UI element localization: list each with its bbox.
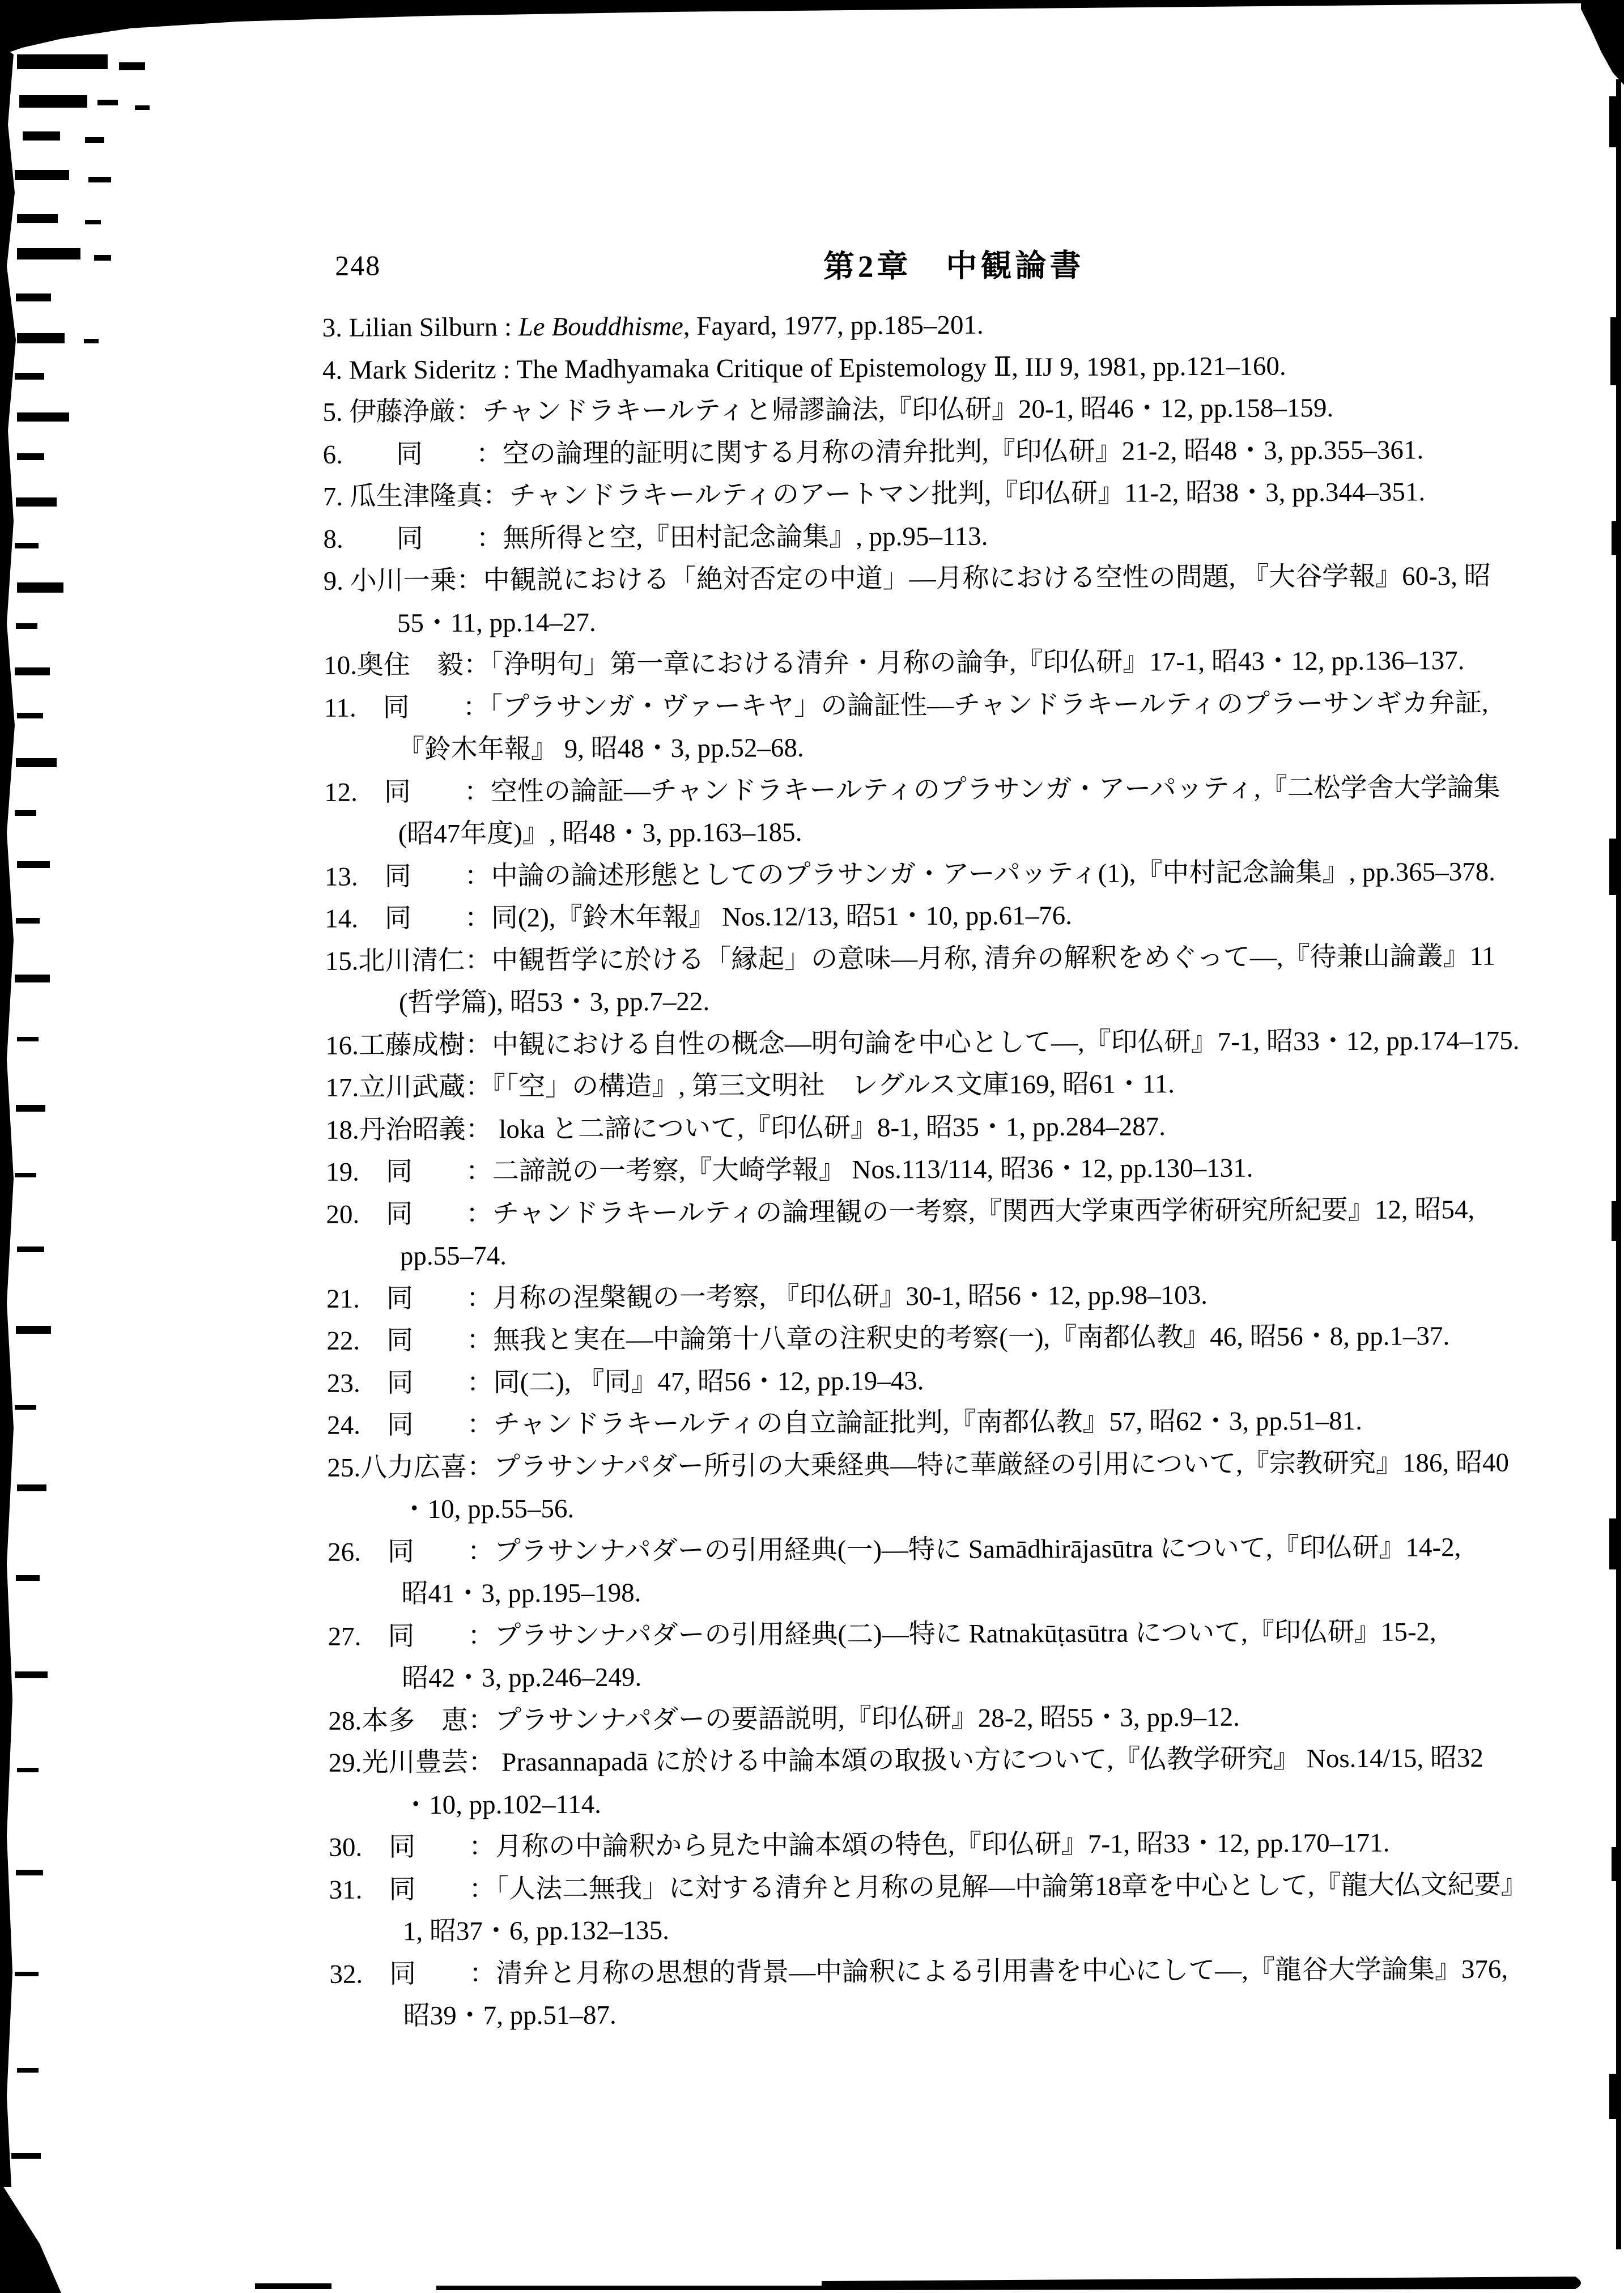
bib-entry-line: 26. 同 ：プラサンナパダーの引用経典(一)―特に Samādhirājasū…	[328, 1525, 1608, 1573]
bib-entry-line: 29.光川豊芸： Prasannapadā に於ける中論本頌の取扱い方について,…	[329, 1737, 1609, 1784]
bib-entry-line: 5. 伊藤浄厳：チャンドラキールティと帰謬論法,『印仏研』20-1, 昭46・1…	[322, 386, 1603, 433]
bib-entry-line: 12. 同 ：空性の論証―チャンドラキールティのプラサンガ・アーパッティ,『二松…	[324, 765, 1605, 813]
bib-entry-line: 9. 小川一乗：中観説における「絶対否定の中道」―月称における空性の問題, 『大…	[323, 555, 1604, 602]
bib-entry-continuation: (哲学篇), 昭53・3, pp.7–22.	[325, 977, 1606, 1024]
bib-entry-continuation: 55・11, pp.14–27.	[324, 597, 1604, 644]
bib-entry-line: 31. 同 ：「人法二無我」に対する清弁と月称の見解―中論第18章を中心として,…	[329, 1863, 1610, 1911]
chapter-title: 第2章 中観論書	[322, 238, 1585, 288]
bib-entry-line: 11. 同 ：「プラサンガ・ヴァーキヤ」の論証性―チャンドラキールティのプラーサ…	[324, 681, 1604, 729]
bib-entry-continuation: 昭42・3, pp.246–249.	[328, 1652, 1609, 1700]
bib-entry-line: 20. 同 ：チャンドラキールティの論理観の一考察,『関西大学東西学術研究所紀要…	[326, 1188, 1606, 1235]
bib-entry-line: 27. 同 ：プラサンナパダーの引用経典(二)―特に Ratnakūṭasūtr…	[328, 1610, 1609, 1657]
bib-entry-line: 17.立川武蔵：『「空」の構造』, 第三文明社 レグルス文庫169, 昭61・1…	[325, 1061, 1606, 1109]
bib-entry-continuation: ・10, pp.102–114.	[329, 1779, 1609, 1826]
bib-entry-line: 4. Mark Sideritz : The Madhyamaka Critiq…	[322, 343, 1603, 391]
bib-entry-line: 13. 同 ：中論の論述形態としてのプラサンガ・アーパッティ(1),『中村記念論…	[325, 850, 1605, 897]
bib-entry-line: 24. 同 ：チャンドラキールティの自立論証批判,『南都仏教』57, 昭62・3…	[327, 1399, 1608, 1447]
bib-entry-continuation: 昭39・7, pp.51–87.	[330, 1990, 1610, 2037]
bib-entry-line: 18.丹治昭義： loka と二諦について,『印仏研』8-1, 昭35・1, p…	[326, 1103, 1606, 1151]
bib-entry-line: 14. 同 ：同(2),『鈴木年報』 Nos.12/13, 昭51・10, pp…	[325, 892, 1605, 940]
bib-entry-line: 25.八力広喜：プラサンナパダー所引の大乗経典―特に華厳経の引用について,『宗教…	[327, 1441, 1608, 1488]
bib-entry-continuation: 1, 昭37・6, pp.132–135.	[329, 1905, 1610, 1953]
bib-entry-line: 23. 同 ：同(二), 『同』47, 昭56・12, pp.19–43.	[327, 1356, 1608, 1404]
bib-entry-line: 30. 同 ：月称の中論釈から見た中論本頌の特色,『印仏研』7-1, 昭33・1…	[329, 1821, 1609, 1869]
bib-entry-continuation: (昭47年度)』, 昭48・3, pp.163–185.	[324, 808, 1605, 856]
bib-entry-line: 10.奥住 毅：「浄明句」第一章における清弁・月称の論争,『印仏研』17-1, …	[324, 639, 1604, 687]
bib-entry-line: 7. 瓜生津隆真：チャンドラキールティのアートマン批判,『印仏研』11-2, 昭…	[323, 470, 1604, 518]
bibliography-list: 3. Lilian Silburn : Le Bouddhisme, Fayar…	[322, 301, 1610, 2037]
bib-entry-continuation: ・10, pp.55–56.	[328, 1483, 1608, 1531]
bib-entry-line: 8. 同 ：無所得と空,『田村記念論集』, pp.95–113.	[323, 512, 1604, 560]
bib-entry-continuation: 『鈴木年報』 9, 昭48・3, pp.52–68.	[324, 724, 1605, 771]
scanned-page: 248 第2章 中観論書 3. Lilian Silburn : Le Boud…	[0, 0, 1624, 2293]
bib-entry-line: 6. 同 ：空の論理的証明に関する月称の清弁批判,『印仏研』21-2, 昭48・…	[323, 428, 1604, 475]
bib-entry-continuation: pp.55–74.	[326, 1230, 1607, 1278]
bib-entry-line: 32. 同 ：清弁と月称の思想的背景―中論釈による引用書を中心にして―,『龍谷大…	[329, 1947, 1610, 1995]
bib-entry-line: 22. 同 ：無我と実在―中論第十八章の注釈史的考察(一),『南都仏教』46, …	[326, 1314, 1607, 1362]
bib-entry-continuation: 昭41・3, pp.195–198.	[328, 1568, 1608, 1615]
bib-entry-line: 21. 同 ：月称の涅槃観の一考察, 『印仏研』30-1, 昭56・12, pp…	[326, 1272, 1607, 1320]
bib-entry-line: 3. Lilian Silburn : Le Bouddhisme, Fayar…	[322, 301, 1603, 349]
bib-entry-line: 19. 同 ：二諦説の一考察,『大崎学報』 Nos.113/114, 昭36・1…	[326, 1146, 1606, 1193]
bib-entry-line: 15.北川清仁：中観哲学に於ける「縁起」の意味―月称, 清弁の解釈をめぐって―,…	[325, 934, 1605, 982]
bib-entry-line: 16.工藤成樹：中観における自性の概念―明句論を中心として―,『印仏研』7-1,…	[325, 1019, 1606, 1066]
bib-entry-line: 28.本多 恵：プラサンナパダーの要語説明,『印仏研』28-2, 昭55・3, …	[328, 1694, 1609, 1742]
